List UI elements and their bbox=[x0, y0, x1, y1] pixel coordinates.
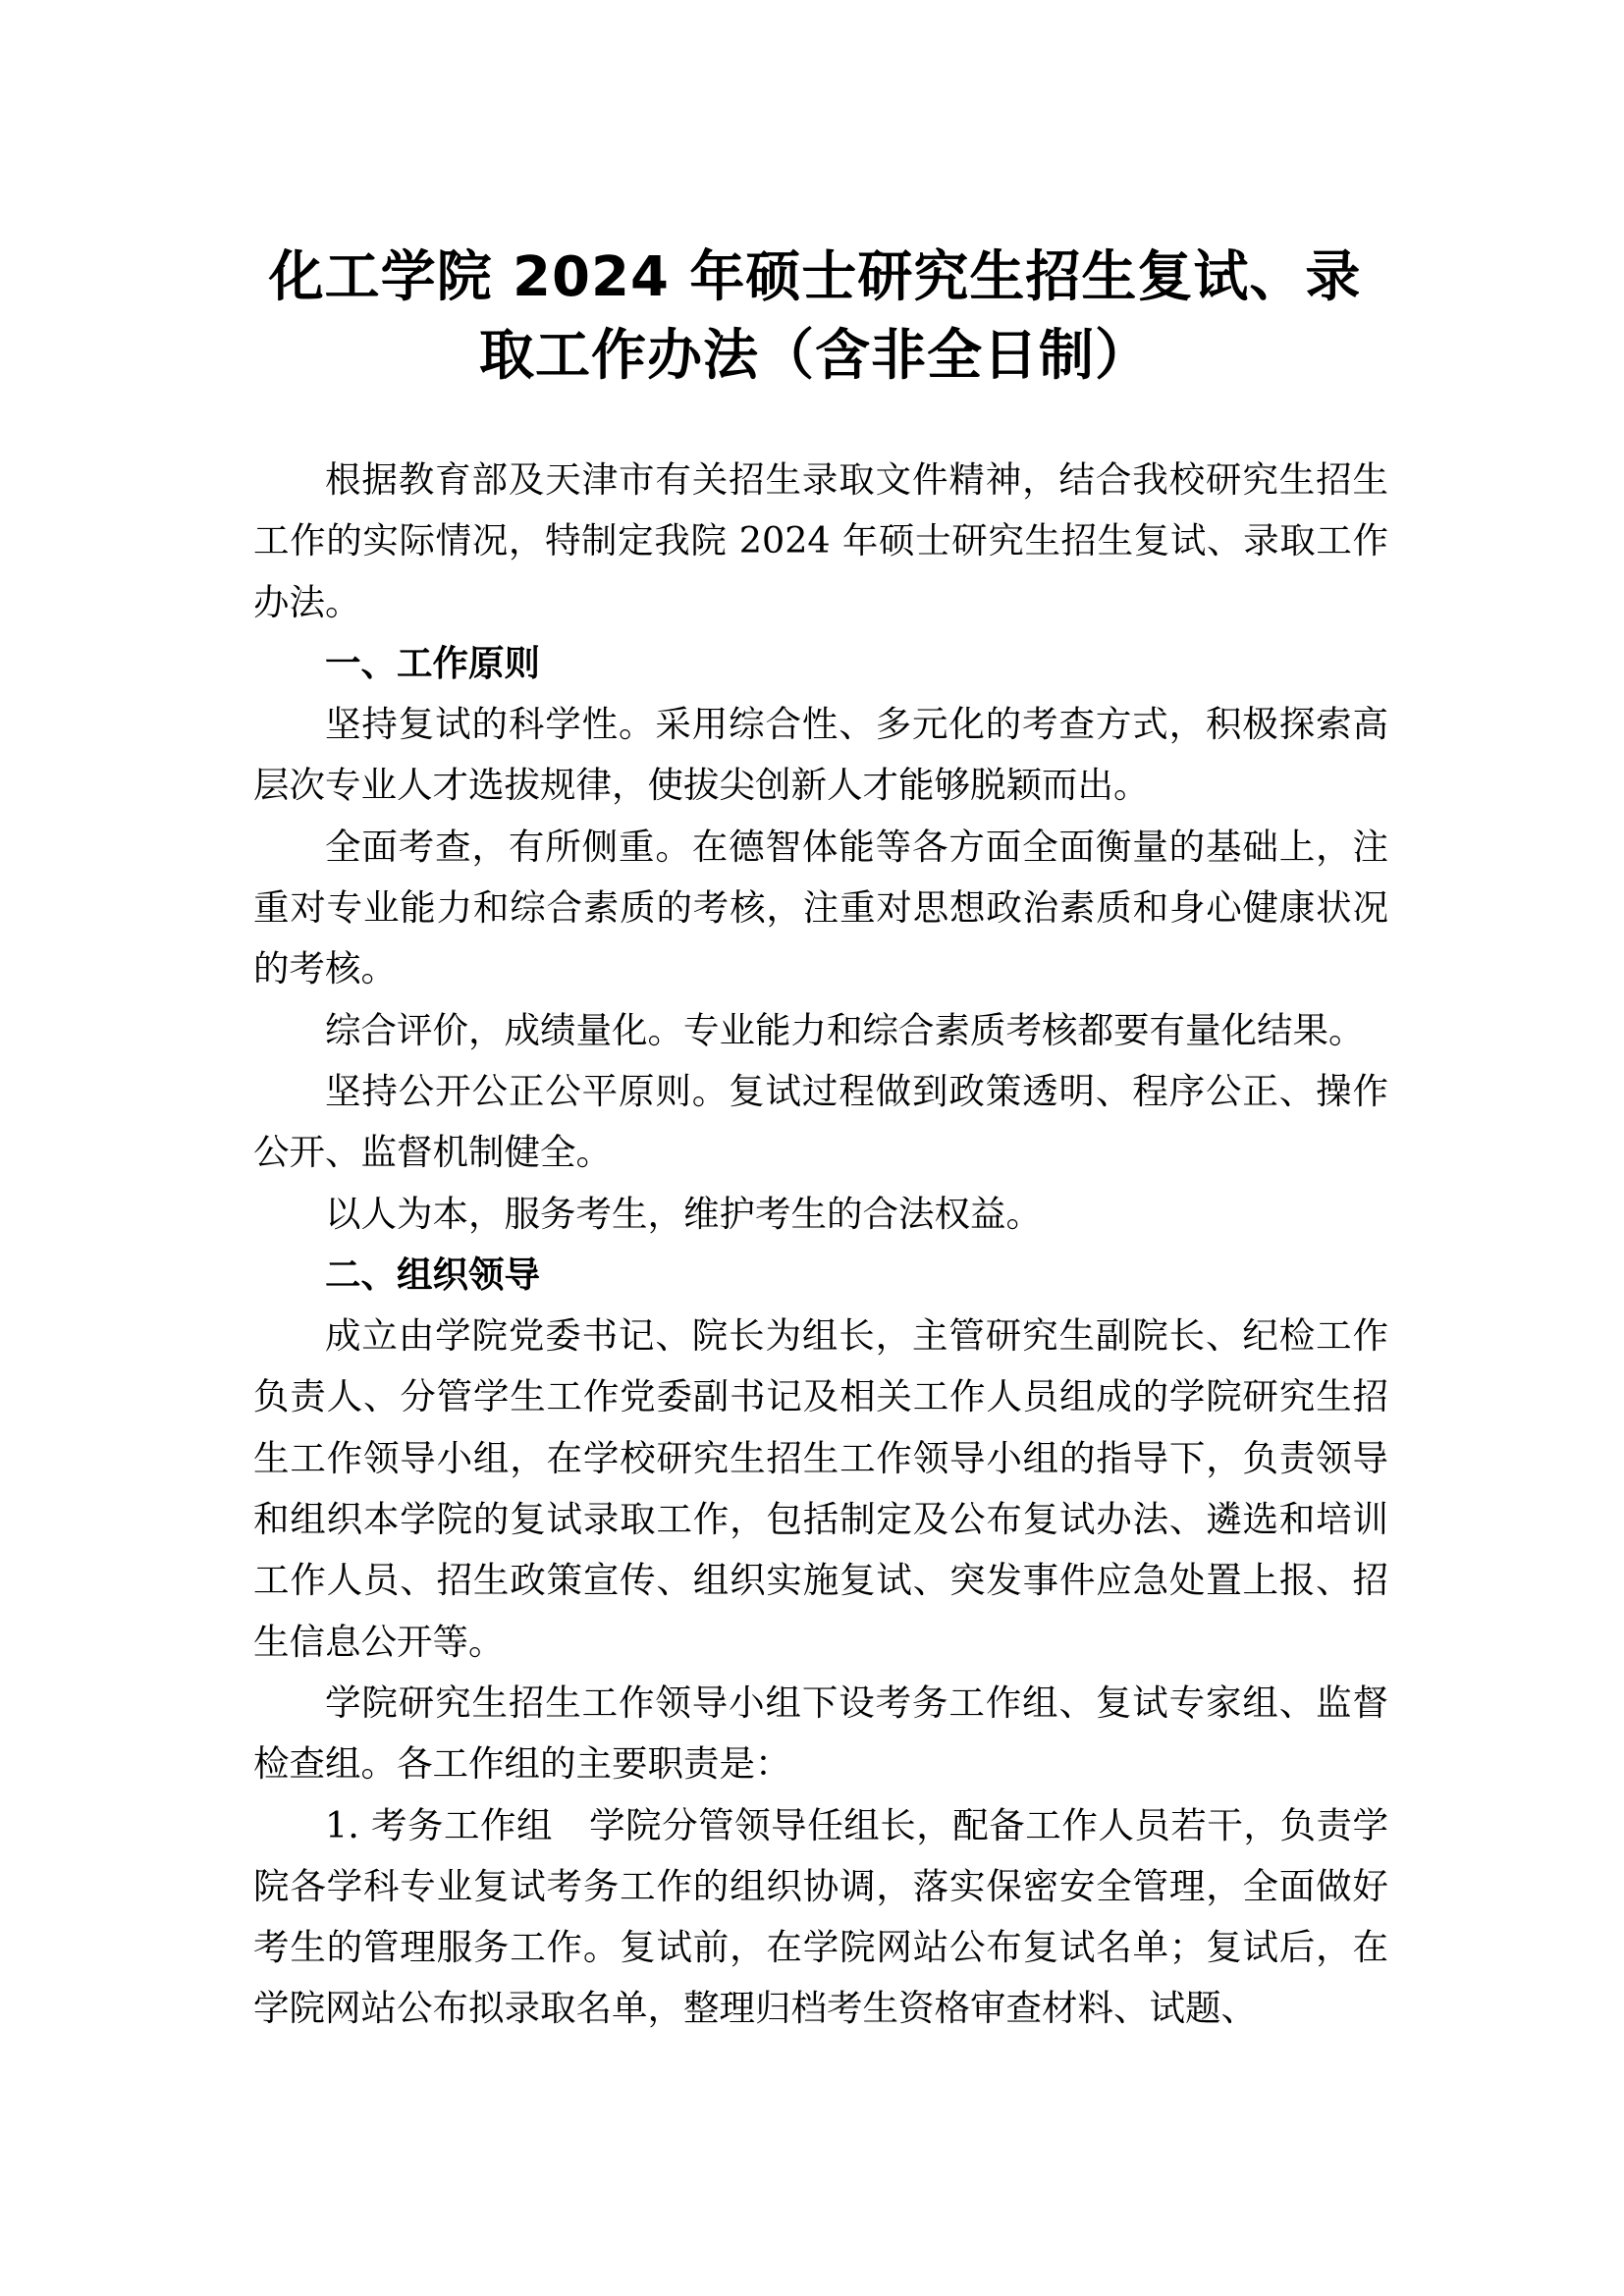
paragraph-intro: 根据教育部及天津市有关招生录取文件精神，结合我校研究生招生工作的实际情况，特制定… bbox=[253, 450, 1388, 633]
document-body: 根据教育部及天津市有关招生录取文件精神，结合我校研究生招生工作的实际情况，特制定… bbox=[253, 450, 1388, 2040]
title-line-1: 化工学院 2024 年硕士研究生招生复试、录 bbox=[236, 239, 1394, 317]
paragraph-exam-affairs-group: 1. 考务工作组 学院分管领导任组长，配备工作人员若干，负责学院各学科专业复试考… bbox=[253, 1795, 1388, 2040]
paragraph: 成立由学院党委书记、院长为组长，主管研究生副院长、纪检工作负责人、分管学生工作党… bbox=[253, 1306, 1388, 1673]
document-title: 化工学院 2024 年硕士研究生招生复试、录 取工作办法（含非全日制） bbox=[236, 239, 1394, 396]
title-line-2: 取工作办法（含非全日制） bbox=[236, 317, 1394, 396]
paragraph: 全面考查，有所侧重。在德智体能等各方面全面衡量的基础上，注重对专业能力和综合素质… bbox=[253, 817, 1388, 1000]
section-heading-organization: 二、组织领导 bbox=[253, 1245, 1388, 1306]
document-page: 化工学院 2024 年硕士研究生招生复试、录 取工作办法（含非全日制） 根据教育… bbox=[0, 0, 1624, 2296]
paragraph: 综合评价，成绩量化。专业能力和综合素质考核都要有量化结果。 bbox=[253, 1000, 1388, 1061]
section-heading-principles: 一、工作原则 bbox=[253, 633, 1388, 694]
paragraph: 坚持复试的科学性。采用综合性、多元化的考查方式，积极探索高层次专业人才选拔规律，… bbox=[253, 694, 1388, 817]
paragraph: 以人为本，服务考生，维护考生的合法权益。 bbox=[253, 1184, 1388, 1245]
paragraph: 学院研究生招生工作领导小组下设考务工作组、复试专家组、监督检查组。各工作组的主要… bbox=[253, 1673, 1388, 1795]
paragraph: 坚持公开公正公平原则。复试过程做到政策透明、程序公正、操作公开、监督机制健全。 bbox=[253, 1061, 1388, 1184]
